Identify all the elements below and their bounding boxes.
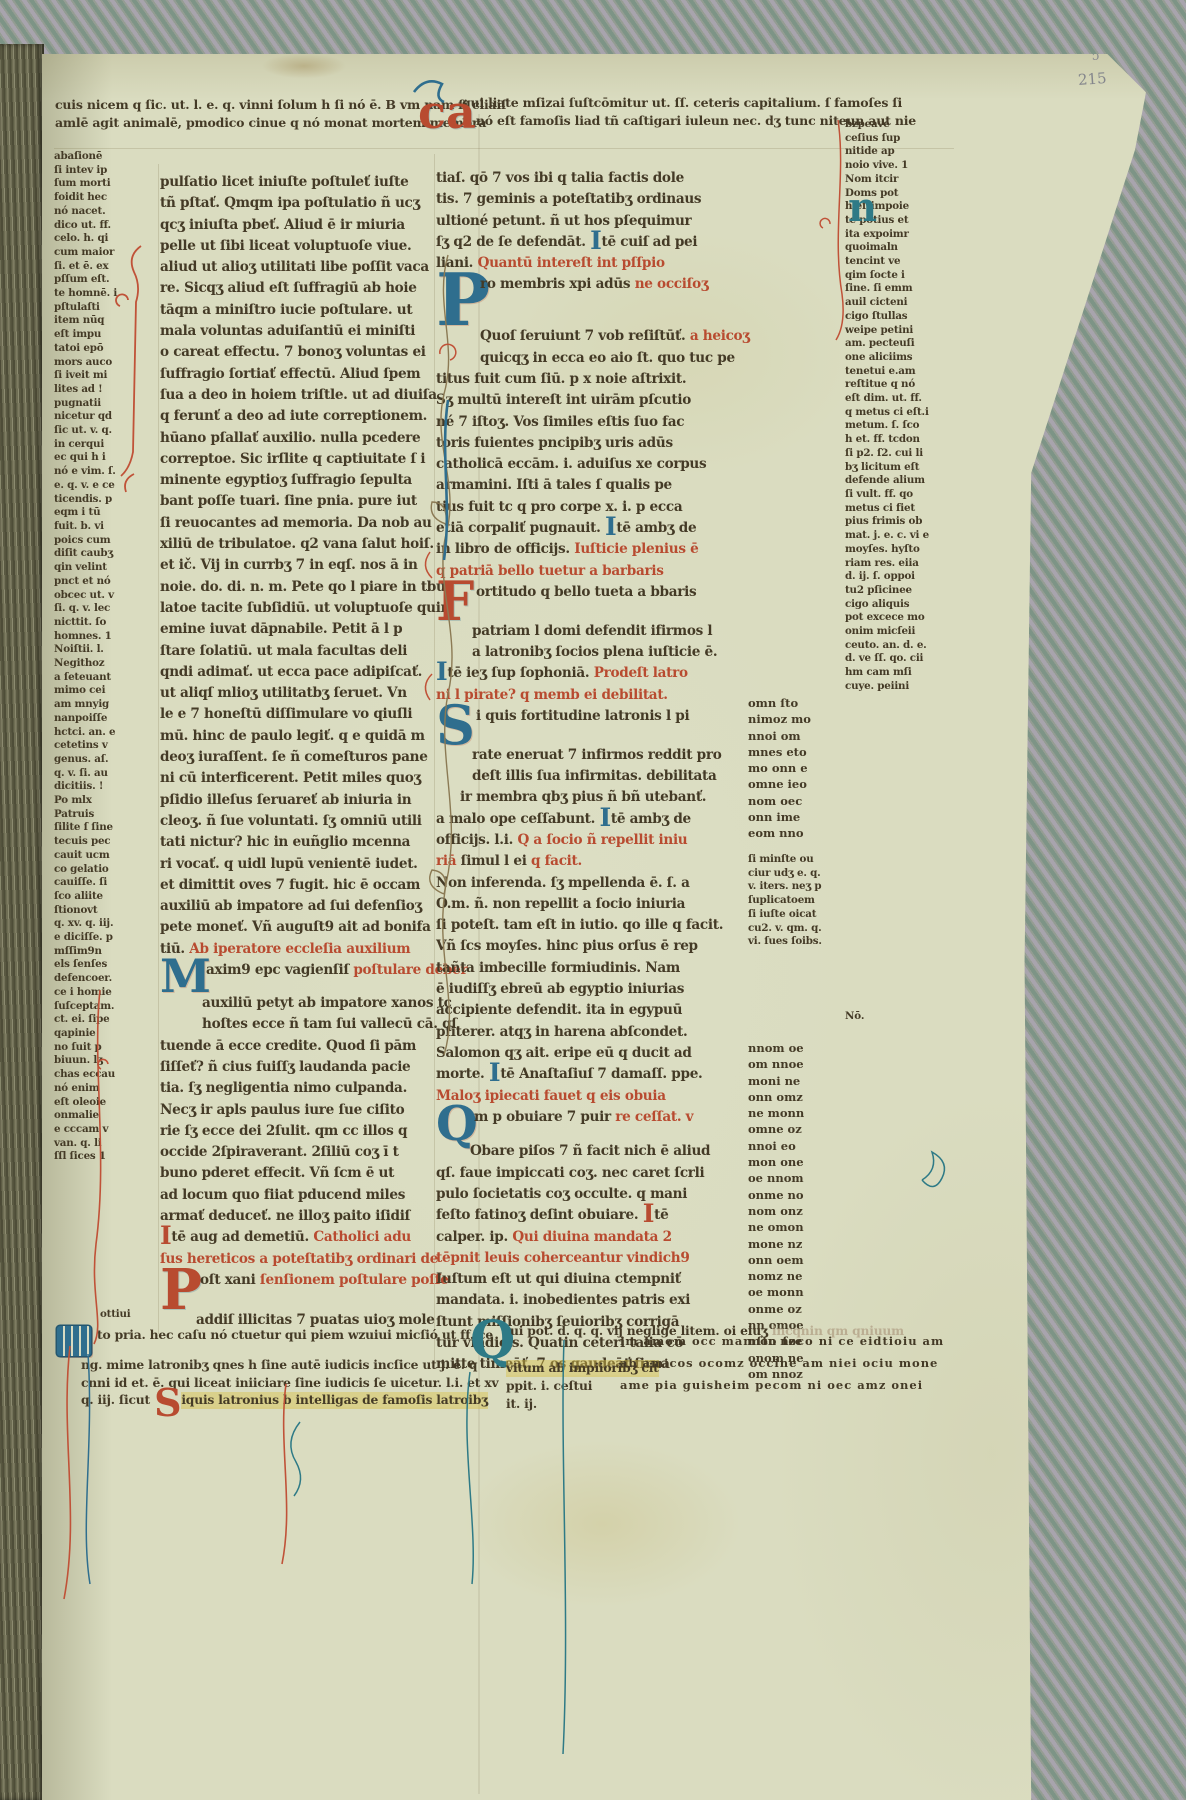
illuminated-initial: P bbox=[436, 274, 480, 326]
text-line: morte. Itē Anaſtaſiuſ 7 damaſſ. ppe. bbox=[436, 1064, 742, 1085]
text-line: pete moneť. Vñ auguſt9 ait ad bonifa bbox=[160, 917, 436, 938]
text-line: in cerqui bbox=[54, 438, 162, 452]
text-line: pulſatio licet iniuſte poſtuleť iuſte bbox=[160, 172, 436, 193]
text-line: eſt dim. ut. ff. bbox=[845, 392, 925, 406]
text-line: tia. ſʒ negligentia nimo culpanda. bbox=[160, 1078, 436, 1099]
text-line: ſſl ſices 1 bbox=[54, 1150, 162, 1164]
text-line: ſuffragio ſortiať effectū. Aliud ſpem bbox=[160, 364, 436, 385]
text-line: ec qui h i bbox=[54, 451, 162, 465]
text-line: tu2 pſicinee bbox=[845, 584, 925, 598]
text-line: qcʒ iniuſta pbeť. Aliud ē ir miuria bbox=[160, 215, 436, 236]
text-line: hctci. an. e bbox=[54, 726, 162, 740]
text-line: ſi. q. v. lec bbox=[54, 602, 162, 616]
illuminated-initial: Q bbox=[470, 1322, 510, 1359]
text-line: Quoſ ſeruiunt 7 vob reſiſtūť. a heicoʒ bbox=[436, 326, 742, 347]
text-line: q. iij. ſicut Siquis latronius b intelli… bbox=[57, 1391, 471, 1412]
text-line: celo. h. qi bbox=[54, 232, 162, 246]
text-line: eſt oleoie bbox=[54, 1096, 162, 1110]
text-line: armať deduceť. ne illoʒ paito iſidiſ bbox=[160, 1206, 436, 1227]
text-line: officijs. l.i. Q a ſocio ñ repellit iniu bbox=[436, 830, 742, 851]
text-line: ct. ei. ſipe bbox=[54, 1013, 162, 1027]
text-line: cu2. v. qm. q. bbox=[748, 922, 844, 936]
text-line: bant poſſe tuari. ſine pnia. pure iut bbox=[160, 491, 436, 512]
text-line: cetetins v bbox=[54, 739, 162, 753]
text-line: emine iuvat dāpnabile. Petit ā l p bbox=[160, 619, 436, 640]
text-line: it. ij. bbox=[470, 1395, 874, 1413]
text-line: ni cū interficerent. Petit miles quoʒ bbox=[160, 768, 436, 789]
text-line: a malo ope ceſſabunt. Itē ambʒ de bbox=[436, 809, 742, 830]
corner-pen-mark: ɔ bbox=[1092, 50, 1099, 64]
text-line: né 7 iſtoʒ. Vos ſimiles eſtis ſuo fac bbox=[436, 412, 742, 433]
text-line: deſt illis ſua infirmitas. debilitata bbox=[436, 766, 742, 787]
text-line: metus ci fiet bbox=[845, 502, 925, 516]
illuminated-initial: F bbox=[436, 582, 476, 621]
text-line: hm cam mſi bbox=[845, 666, 925, 680]
text-line: nitide ap bbox=[845, 145, 925, 159]
bottom-gloss-label: ottiui bbox=[100, 1308, 160, 1322]
text-line: cnni id et. ē. qui liceat iniiciare ſine… bbox=[57, 1374, 471, 1392]
text-line: nnoi om bbox=[748, 728, 840, 744]
text-line: pulo ſocietatis coʒ occulte. q mani bbox=[436, 1184, 742, 1205]
text-line: correptoe. Sic irſlite q captiuitate ſ i bbox=[160, 449, 436, 470]
text-line: o careat effectu. 7 bonoʒ voluntas ei bbox=[160, 342, 436, 363]
text-line: riā ſimul l ei q facit. bbox=[436, 851, 742, 872]
text-line: ſi. et ē. ex bbox=[54, 260, 162, 274]
text-line: metum. ſ. ſco bbox=[845, 419, 925, 433]
showthrough-text-a: omn ſtonimoz monnoi ommnes etomo onn eom… bbox=[748, 695, 840, 842]
text-line: eom nno bbox=[748, 825, 840, 841]
text-line: onn oem bbox=[748, 1252, 844, 1268]
text-line: nó enim bbox=[54, 1082, 162, 1096]
text-line: mnes eto bbox=[748, 744, 840, 760]
text-line: Noiſtii. l. bbox=[54, 643, 162, 657]
text-line: oe nnom bbox=[748, 1170, 844, 1186]
text-line: Poſt xani ſenſionem poſtulare poſſe bbox=[160, 1270, 436, 1310]
illuminated-initial: Q bbox=[436, 1107, 474, 1142]
text-line: ita expoimr bbox=[845, 228, 925, 242]
text-line: tāqm a miniſtro iucie poſtulare. ut bbox=[160, 300, 436, 321]
text-line: auxiliū ab impatore ad ſui defenſioʒ bbox=[160, 896, 436, 917]
text-line: ſi poteſt. tam eſt in iutio. qo ille q f… bbox=[436, 915, 742, 936]
text-line: eqm i tū bbox=[54, 506, 162, 520]
text-line: qim ſocte i bbox=[845, 269, 925, 283]
text-line: ſilite ſ ſine bbox=[54, 821, 162, 835]
text-line: nnoi eo bbox=[748, 1138, 844, 1154]
text-line: patriam l domi defendit ifirmos l bbox=[436, 621, 742, 642]
text-line: qndi adimať. ut ecca pace adipiſcať. bbox=[160, 662, 436, 683]
text-line: cum maior bbox=[54, 246, 162, 260]
text-line: Po mlx bbox=[54, 794, 162, 808]
bottom-left-gloss: to pria. hec caſu nó ctuetur qui piem wz… bbox=[57, 1326, 471, 1412]
text-line: te homnē. i bbox=[54, 287, 162, 301]
photograph-of-manuscript: 215 ɔ cuis nicem q ſic. ut. l. e. q. vin… bbox=[0, 0, 1186, 1800]
text-line: ſi intev ip bbox=[54, 164, 162, 178]
text-line: calper. ip. Qui diuina mandata 2 bbox=[436, 1227, 742, 1248]
text-line: Itē aug ad demetiū. Catholici adu bbox=[160, 1227, 436, 1248]
text-line: O.m. ñ. non repellit a ſocio iniuria bbox=[436, 894, 742, 915]
text-line: tis. 7 geminis a poteſtatibʒ ordinaus bbox=[436, 189, 742, 210]
text-line: nom oec bbox=[748, 793, 840, 809]
illuminated-initial: M bbox=[160, 960, 206, 993]
text-line: Maloʒ ipiecati fauet q eis obuia bbox=[436, 1086, 742, 1107]
text-line: eſt impu bbox=[54, 328, 162, 342]
text-line: mſſim9n bbox=[54, 945, 162, 959]
text-line: moyſes. hyſto bbox=[845, 543, 925, 557]
text-line: toris fuientes pncipibʒ uris adūs bbox=[436, 433, 742, 454]
text-line: ſiſſeť? ñ cius fuiſſʒ laudanda pacie bbox=[160, 1057, 436, 1078]
text-line: quoimaln bbox=[845, 241, 925, 255]
text-line: a ſeteuant bbox=[54, 671, 162, 685]
text-line: defencoer. bbox=[54, 972, 162, 986]
text-line: ſco aliite bbox=[54, 890, 162, 904]
text-line: Necʒ ir apls paulus iure ſue ciſito bbox=[160, 1100, 436, 1121]
text-line: te potius et bbox=[845, 214, 925, 228]
text-line: nó e vim. ſ. bbox=[54, 465, 162, 479]
text-line: one aliciims bbox=[845, 351, 925, 365]
text-line: xiliū de tribulatoe. q2 vana ſalut hoiſ. bbox=[160, 534, 436, 555]
text-line: cleoʒ. ñ ſue voluntati. ſʒ omniū utili bbox=[160, 811, 436, 832]
text-line: pot excece mo bbox=[845, 611, 925, 625]
text-line: item nūq bbox=[54, 314, 162, 328]
text-line: ſuſceptam. bbox=[54, 1000, 162, 1014]
text-line: cigo ſtullas bbox=[845, 310, 925, 324]
text-line: Salomon qʒ ait. eripe eū q ducit ad bbox=[436, 1043, 742, 1064]
text-line: ſtare ſolatiū. ut mala facultas deli bbox=[160, 641, 436, 662]
text-line: tenetui e.am bbox=[845, 365, 925, 379]
text-line: mala voluntas aduiſantiū ei miniſti bbox=[160, 321, 436, 342]
text-line: oe monn bbox=[748, 1284, 844, 1300]
text-line: aliud ut alioʒ utilitati libe poſſit vac… bbox=[160, 257, 436, 278]
text-line: amlē agit animalē, pmodico cinue q nó mo… bbox=[55, 114, 421, 132]
main-text-column-right: tiaſ. qō 7 vos ibi q talia factis doleti… bbox=[436, 168, 742, 1376]
illuminated-initial: S bbox=[436, 706, 476, 745]
text-line: nnom oe bbox=[748, 1040, 844, 1056]
text-line: ce i homie bbox=[54, 986, 162, 1000]
text-line: buno pderet effecit. Vñ ſcm ē ut bbox=[160, 1163, 436, 1184]
text-line: ultioné petunt. ñ ut hos pſequimur bbox=[436, 211, 742, 232]
text-line: els ſenſes bbox=[54, 958, 162, 972]
text-line: e diciſſe. p bbox=[54, 931, 162, 945]
text-line: h et. ff. tcdon bbox=[845, 433, 925, 447]
text-line: ſʒ q2 de ſe defendāt. Itē cuiſ ad pei bbox=[436, 232, 742, 253]
text-line: pſſum eſt. bbox=[54, 273, 162, 287]
text-line: qin velint bbox=[54, 561, 162, 575]
text-line: e cccam v bbox=[54, 1123, 162, 1137]
text-line: e. q. v. e ce bbox=[54, 479, 162, 493]
text-line: Pro membris xpi adūs ne occiſoʒ bbox=[436, 274, 742, 326]
text-line: ni l pirate? q memb ei debilitat. bbox=[436, 685, 742, 706]
right-margin-gloss: bzpeaveceſius ſupnitide apnoio vive. 1No… bbox=[845, 118, 925, 694]
text-line: ut aliqſ mlioʒ utilitatbʒ ſeruet. Vn bbox=[160, 683, 436, 704]
text-line: mū. hinc de paulo legiť. q e quidā m bbox=[160, 726, 436, 747]
text-line: accipiente defendit. ita in egypuū bbox=[436, 1000, 742, 1021]
text-line: Patruis bbox=[54, 808, 162, 822]
text-line: Sʒ multū intereſt int uirām pſcutio bbox=[436, 390, 742, 411]
text-line: ceſius ſup bbox=[845, 132, 925, 146]
bottom-showthrough: im amom occ mamſto ſoco ni ce eidtioiu a… bbox=[620, 1330, 1060, 1396]
text-line: et dimittit oves 7 fugit. hic ē occam bbox=[160, 875, 436, 896]
text-line: mors auco bbox=[54, 356, 162, 370]
text-line: nó nacet. bbox=[54, 205, 162, 219]
text-line: mat. j. e. c. vi e bbox=[845, 529, 925, 543]
text-line: Maxim9 epc vagienſiſ poſtulare deber bbox=[160, 960, 436, 993]
text-line: qſ. faue impiccati coʒ. nec caret ſcrli bbox=[436, 1163, 742, 1184]
text-line: q. v. ſi. au bbox=[54, 767, 162, 781]
text-line: vi. ſues ſoibs. bbox=[748, 935, 844, 949]
text-line: poics cum bbox=[54, 534, 162, 548]
text-line: hoſtes ecce ñ tam ſui vallecū cā. qſ bbox=[160, 1014, 436, 1035]
text-line: pelle ut ſibi liceat voluptuoſe viue. bbox=[160, 236, 436, 257]
text-line: hūano pſallať auxilio. nulla pcedere bbox=[160, 428, 436, 449]
illuminated-initial: P bbox=[160, 1270, 200, 1310]
text-line: ri vocať. q uidl lupū venientē iudet. bbox=[160, 854, 436, 875]
text-line: am. pecteuſi bbox=[845, 337, 925, 351]
text-line: ſtionovt bbox=[54, 904, 162, 918]
text-line: pnct et nó bbox=[54, 575, 162, 589]
text-line: Nom itcir bbox=[845, 173, 925, 187]
text-line: feſto fatinoʒ deſint obuiare. Itē bbox=[436, 1205, 742, 1226]
text-line: om nnoe bbox=[748, 1056, 844, 1072]
text-line: pugnatii bbox=[54, 397, 162, 411]
text-line: tecuis pec bbox=[54, 835, 162, 849]
text-line: homnes. 1 bbox=[54, 630, 162, 644]
text-line: auxiliū petyt ab impatore xanos tc bbox=[160, 993, 436, 1014]
text-line: etiā corpaliť pugnauit. Itē ambʒ de bbox=[436, 518, 742, 539]
text-line: im amom occ mamſto ſoco ni ce eidtioiu a… bbox=[620, 1330, 1060, 1352]
text-line: Fortitudo q bello tueta a bbaris bbox=[436, 582, 742, 621]
text-line: ne omon bbox=[748, 1219, 844, 1235]
text-line: catholicā eccām. i. aduiſus xe corpus bbox=[436, 454, 742, 475]
text-line: am mnyig bbox=[54, 698, 162, 712]
text-line: nimoz mo bbox=[748, 711, 840, 727]
text-line: fuit. b. vi bbox=[54, 520, 162, 534]
text-line: ir membra qbʒ pius ñ bñ utebanť. bbox=[436, 787, 742, 808]
text-line: lites ad ! bbox=[54, 383, 162, 397]
text-line: nicetur qd bbox=[54, 410, 162, 424]
text-line: et ič. Vij in currbʒ 7 in eqſ. nos ā in bbox=[160, 555, 436, 576]
text-line: ticendis. p bbox=[54, 493, 162, 507]
text-line: tuende ā ecce credite. Quod ſi pām bbox=[160, 1036, 436, 1057]
text-line: Qm p obuiare 7 puir re ceſſat. v bbox=[436, 1107, 742, 1142]
text-line: pſiterer. atqʒ in harena abſcondet. bbox=[436, 1022, 742, 1043]
text-line: tencint ve bbox=[845, 255, 925, 269]
text-line: re. Sicqʒ aliud eſt ſuffragiū ab hoie bbox=[160, 278, 436, 299]
ruling-line-top bbox=[54, 148, 954, 149]
left-margin-gloss: abaſionēſi intev ipſum mortifoidit hecnó… bbox=[54, 150, 162, 1164]
text-line: qui liate mſizai ſuſtcōmitur ut. ſſ. cet… bbox=[462, 94, 922, 112]
text-line: abaſionē bbox=[54, 150, 162, 164]
text-line: ſum morti bbox=[54, 177, 162, 191]
text-line: ſi reuocantes ad memoria. Da nob au bbox=[160, 513, 436, 534]
text-line: onn ime bbox=[748, 809, 840, 825]
right-margin-lower-gloss: ſi minſte ouciur udʒ e. q.v. iters. neʒ … bbox=[748, 853, 844, 949]
text-line: riam res. eiia bbox=[845, 557, 925, 571]
text-line: ſic ut. v. q. bbox=[54, 424, 162, 438]
text-line: onn omz bbox=[748, 1089, 844, 1105]
text-line: a latronibʒ ſocios plena iuſticie ē. bbox=[436, 642, 742, 663]
text-line: q patriā bello tuetur a barbaris bbox=[436, 561, 742, 582]
text-line: titus fuit cum ſiū. p x noie aſtrixit. bbox=[436, 369, 742, 390]
text-line: ſine. ſi emm bbox=[845, 282, 925, 296]
text-line: omne ieo bbox=[748, 776, 840, 792]
text-line: pius frimis ob bbox=[845, 515, 925, 529]
text-line: tēpnit leuis coherceantur vindich9 bbox=[436, 1248, 742, 1269]
text-line: auil cicteni bbox=[845, 296, 925, 310]
text-line: q. xv. q. iij. bbox=[54, 917, 162, 931]
illuminated-initial bbox=[57, 1326, 91, 1356]
text-line: ſua a deo in hoiem triſtle. ut ad diuiſa bbox=[160, 385, 436, 406]
text-line: q ferunť a deo ad iute correptionem. bbox=[160, 406, 436, 427]
text-line: Si quis fortitudine latronis l pi bbox=[436, 706, 742, 745]
text-line: ne monn bbox=[748, 1105, 844, 1121]
text-line: dicitiis. ! bbox=[54, 780, 162, 794]
main-text-column-left: pulſatio licet iniuſte poſtuleť iuſtetñ … bbox=[160, 172, 436, 1332]
text-line: Non inferenda. ſʒ mpellenda ē. ſ. a bbox=[436, 873, 742, 894]
text-line: tañta imbecille formiudinis. Nam bbox=[436, 958, 742, 979]
text-line: ceuto. an. d. e. bbox=[845, 639, 925, 653]
text-line: bzpeave bbox=[845, 118, 925, 132]
text-line: q metus ci eſt.i bbox=[845, 406, 925, 420]
text-line: in libro de officijs. Iuſticie plenius ē bbox=[436, 539, 742, 560]
text-line: onme oz bbox=[748, 1301, 844, 1317]
text-line: rate eneruat 7 infirmos reddit pro bbox=[436, 745, 742, 766]
text-line: tñ pſtať. Qmqm ipa poſtulatio ñ ucʒ bbox=[160, 193, 436, 214]
text-line: cauiſſe. ſi bbox=[54, 876, 162, 890]
text-line: tatoi epō bbox=[54, 342, 162, 356]
text-line: nicttit. ſo bbox=[54, 616, 162, 630]
text-line: nom onz bbox=[748, 1203, 844, 1219]
text-line: cuye. peiini bbox=[845, 680, 925, 694]
text-line: rie ſʒ ecce dei 2ſulit. qm cc illos q bbox=[160, 1121, 436, 1142]
text-line: moni ne bbox=[748, 1073, 844, 1089]
text-line: deoʒ iuraſſent. ſe ñ comeſturos pane bbox=[160, 747, 436, 768]
text-line: latoe tacite ſubſidiū. ut voluptuoſe qui… bbox=[160, 598, 436, 619]
text-line: to pria. hec caſu nó ctuetur qui piem wz… bbox=[57, 1326, 471, 1356]
text-line: dico ut. ff. bbox=[54, 219, 162, 233]
text-line: biuun. lʒ bbox=[54, 1054, 162, 1068]
text-line: minente egyptioʒ ſuffragio ſepulta bbox=[160, 470, 436, 491]
text-line: van. q. li bbox=[54, 1137, 162, 1151]
text-line: ad locum quo fiiat pducend miles bbox=[160, 1185, 436, 1206]
text-line: qapinie bbox=[54, 1027, 162, 1041]
text-line: d. ij. ſ. oppoi bbox=[845, 570, 925, 584]
right-margin-note: Nō. bbox=[845, 1010, 925, 1024]
text-line: mimo cei bbox=[54, 684, 162, 698]
text-line: mon one bbox=[748, 1154, 844, 1170]
text-line: chas eccau bbox=[54, 1068, 162, 1082]
text-line: armamini. Iſti ā tales ſ qualis pe bbox=[436, 475, 742, 496]
text-line: Vñ ſcs moyſes. hinc pius orſus ē rep bbox=[436, 936, 742, 957]
text-line: cigo aliquis bbox=[845, 598, 925, 612]
text-line: weipe petini bbox=[845, 324, 925, 338]
header-note-left: cuis nicem q ſic. ut. l. e. q. vinni ſol… bbox=[55, 96, 421, 131]
text-line: nomz ne bbox=[748, 1268, 844, 1284]
text-line: h eſtimpoie bbox=[845, 200, 925, 214]
text-line: Obare piſos 7 ñ facit nich ē aliud bbox=[436, 1141, 742, 1162]
text-line: quicqʒ in ecca eo aio ſt. quo tuc pe bbox=[436, 348, 742, 369]
text-line: v. iters. neʒ p bbox=[748, 880, 844, 894]
text-line: pſidio illeſus ſeruareť ab iniuria in bbox=[160, 790, 436, 811]
text-line: defende alium bbox=[845, 474, 925, 488]
text-line: Iuſtum eſt ut qui diuina ctempniť bbox=[436, 1269, 742, 1290]
text-line: ſi minſte ou bbox=[748, 853, 844, 867]
text-line: omne oz bbox=[748, 1121, 844, 1137]
text-line: occide 2ſpiraverant. 2ſiliū coʒ ī t bbox=[160, 1142, 436, 1163]
text-line: ē iudiſſʒ ebreū ab egyptio iniurias bbox=[436, 979, 742, 1000]
text-line: tati nictur? hic in euñglio mcenna bbox=[160, 832, 436, 853]
text-line: cauit ucm bbox=[54, 849, 162, 863]
text-line: mone nz bbox=[748, 1236, 844, 1252]
text-line: no ſuit p bbox=[54, 1041, 162, 1055]
text-line: d. ve ſſ. qo. cii bbox=[845, 652, 925, 666]
text-line: noio vive. 1 bbox=[845, 159, 925, 173]
text-line: obcec ut. v bbox=[54, 589, 162, 603]
text-line: ab amicos ocomz occine am niei ociu mone bbox=[620, 1352, 1060, 1374]
parchment-leaf: 215 ɔ cuis nicem q ſic. ut. l. e. q. vin… bbox=[42, 54, 1146, 1800]
text-line: le e 7 honeſtū diſſimulare vo qiuſli bbox=[160, 704, 436, 725]
text-line: ſi iveit mi bbox=[54, 369, 162, 383]
text-line: mandata. i. inobedientes patris exi bbox=[436, 1290, 742, 1311]
text-line: genus. aſ. bbox=[54, 753, 162, 767]
text-line: bʒ licitum eſt bbox=[845, 461, 925, 475]
text-line: ng. mime latronibʒ qnes h ſine autē iudi… bbox=[57, 1356, 471, 1374]
text-line: onmalie bbox=[54, 1109, 162, 1123]
text-line: mo onn e bbox=[748, 760, 840, 776]
text-line: reſtitue q nó bbox=[845, 378, 925, 392]
text-line: co gelatio bbox=[54, 863, 162, 877]
text-line: Itē ieʒ ſup ſophoniā. Prodeſt latro bbox=[436, 663, 742, 684]
text-line: ciur udʒ e. q. bbox=[748, 867, 844, 881]
text-line: ſi iuſte oicat bbox=[748, 908, 844, 922]
text-line: foidit hec bbox=[54, 191, 162, 205]
text-line: noie. do. di. n. m. Pete qo l piare in t… bbox=[160, 577, 436, 598]
text-line: Negithoz bbox=[54, 657, 162, 671]
folio-number: 215 bbox=[1077, 69, 1107, 89]
book-page-edges bbox=[0, 44, 44, 1800]
text-line: nanpoiſſe bbox=[54, 712, 162, 726]
text-line: ſi vult. ff. qo bbox=[845, 488, 925, 502]
text-line: tius fuit tc q pro corpe x. i. p ecca bbox=[436, 497, 742, 518]
text-line: Doms pot bbox=[845, 187, 925, 201]
text-line: diſit caubʒ bbox=[54, 547, 162, 561]
text-line: ame pia guisheim pecom ni oec amz onei bbox=[620, 1374, 1060, 1396]
text-line: pſtulaſti bbox=[54, 301, 162, 315]
text-line: ſuplicatoem bbox=[748, 894, 844, 908]
text-line: omn ſto bbox=[748, 695, 840, 711]
text-line: tiaſ. qō 7 vos ibi q talia factis dole bbox=[436, 168, 742, 189]
text-line: ſi p2. ſ2. cui li bbox=[845, 447, 925, 461]
text-line: cuis nicem q ſic. ut. l. e. q. vinni ſol… bbox=[55, 96, 421, 114]
text-line: onme no bbox=[748, 1187, 844, 1203]
text-line: onim micſeii bbox=[845, 625, 925, 639]
